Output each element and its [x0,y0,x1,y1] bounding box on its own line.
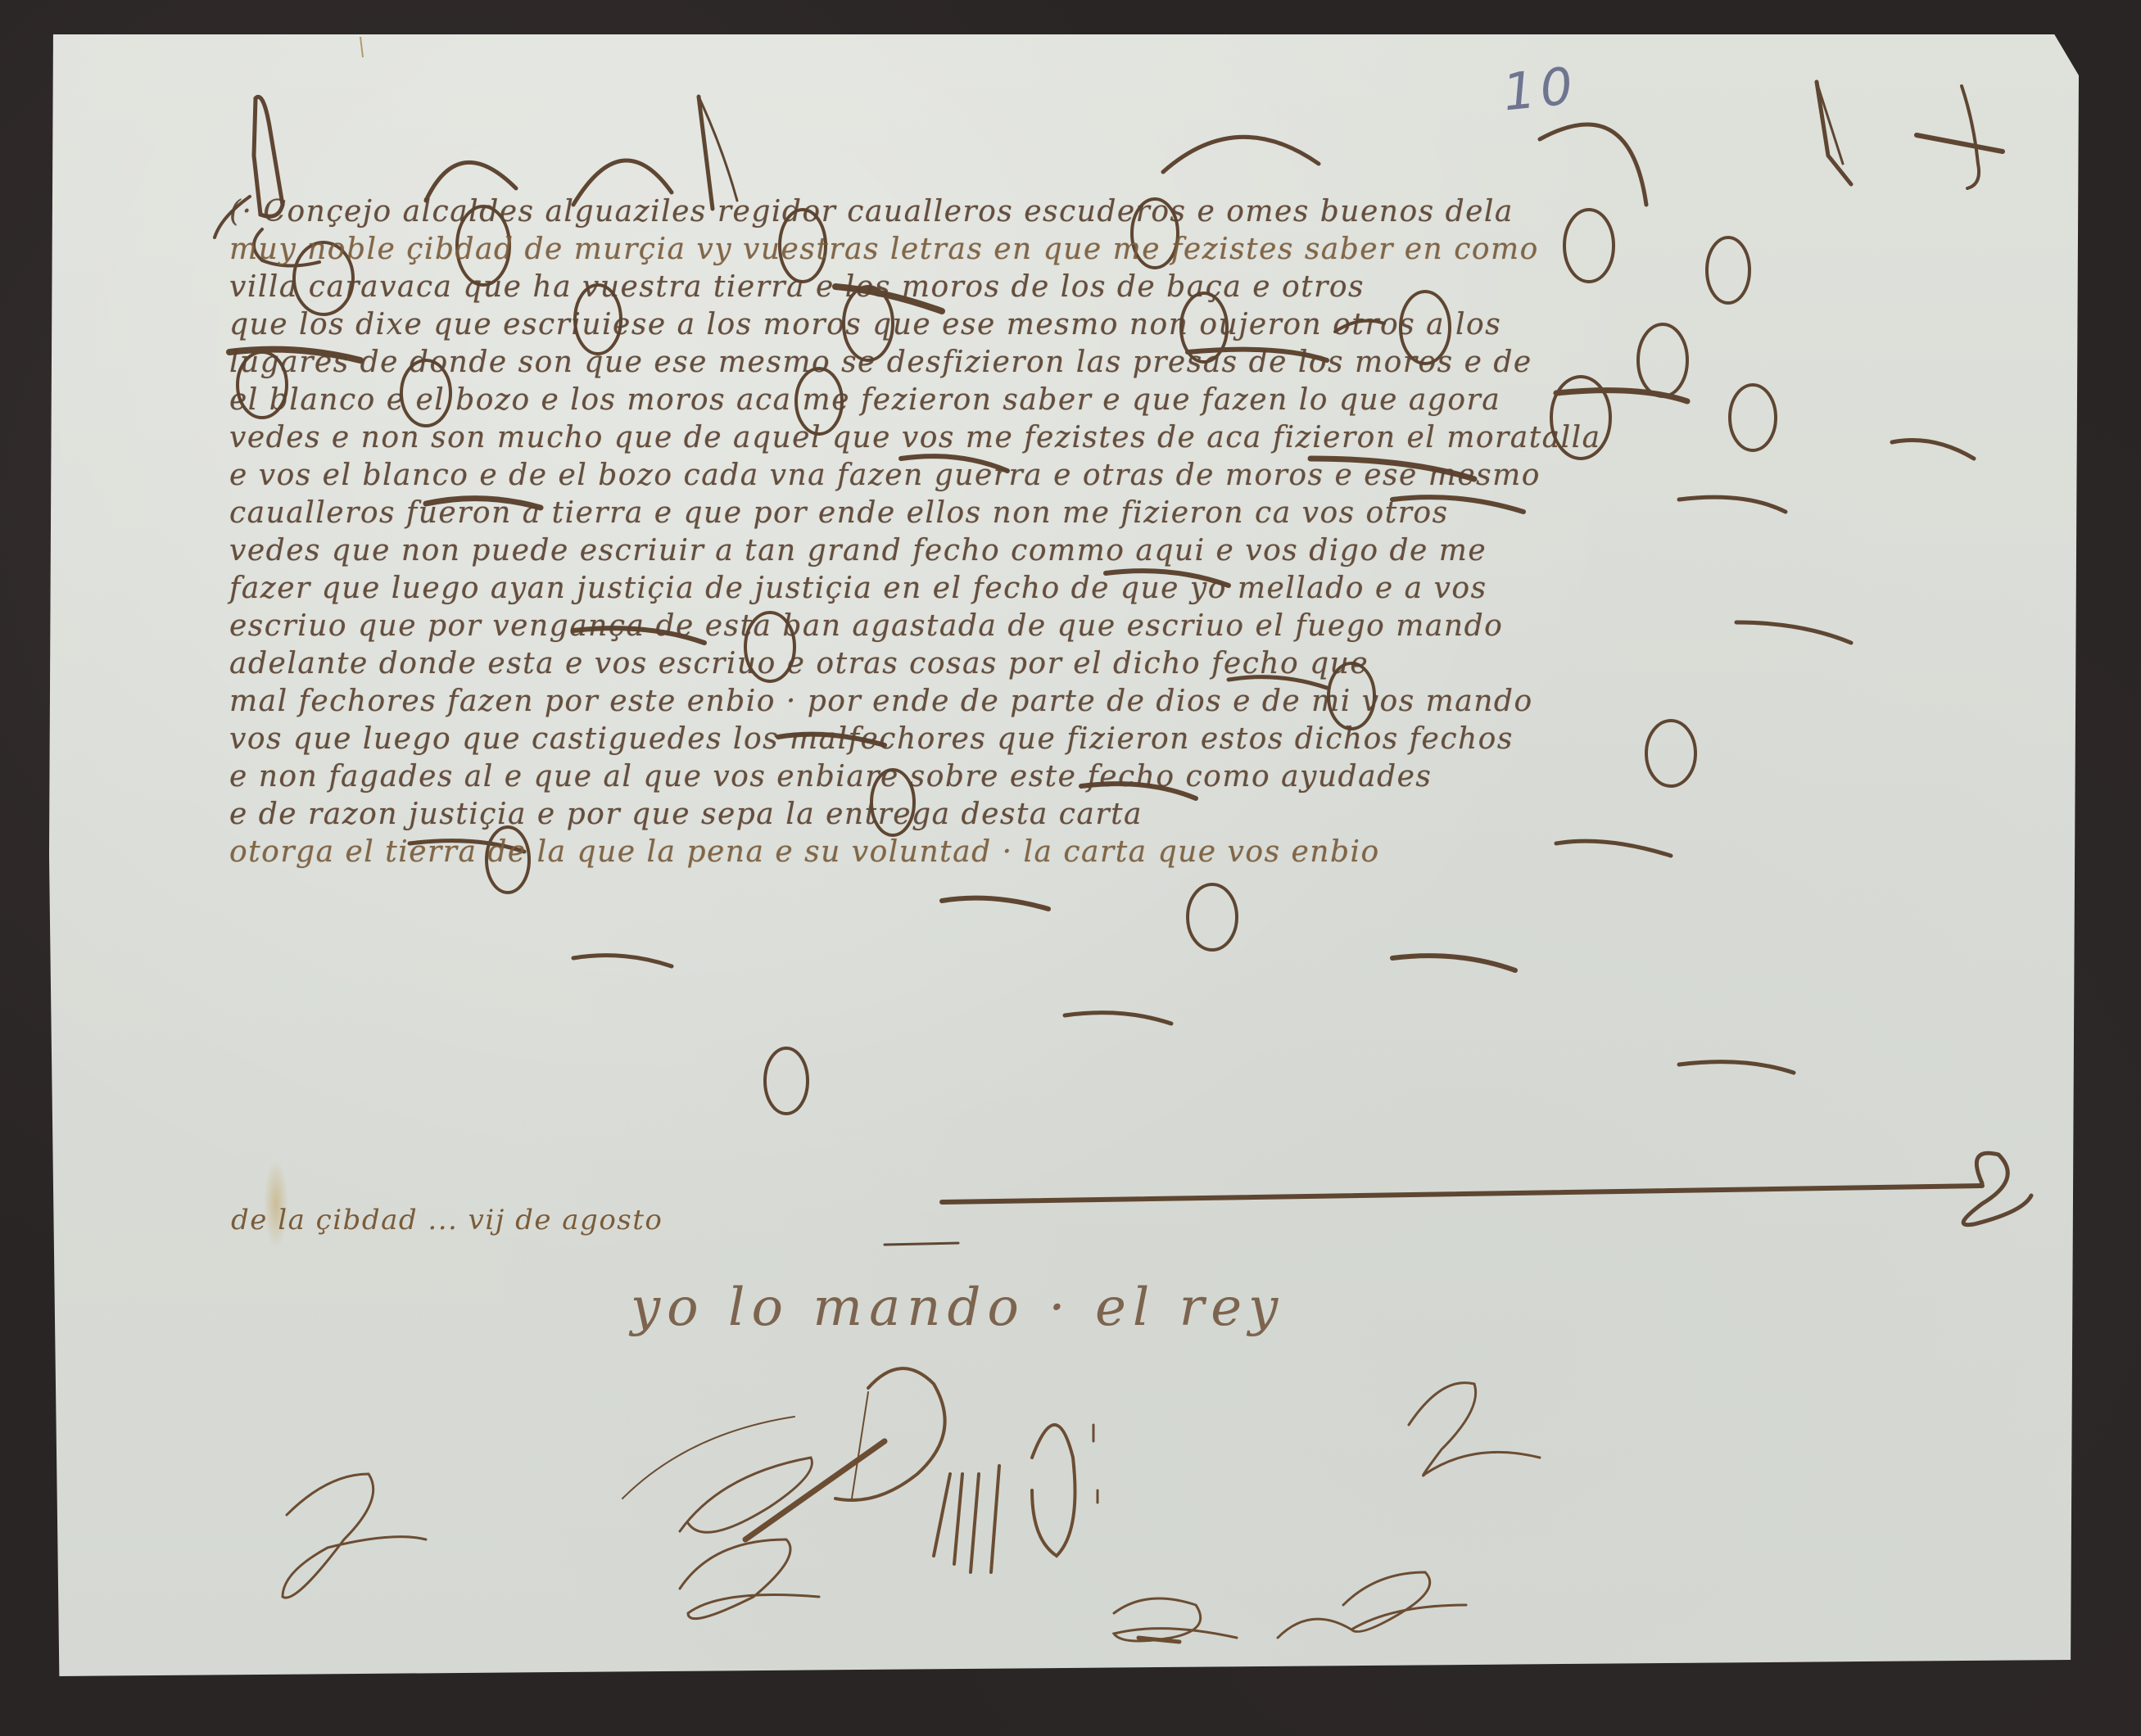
text-line: lugares de donde son que ese mesmo se de… [229,344,2031,382]
date-line: de la çibdad ... vij de agosto [231,1204,663,1236]
text-line: e de razon justiçia e por que sepa la en… [229,796,2031,834]
text-line: escriuo que por vengança de esta ban aga… [229,608,2031,645]
text-line: e vos el blanco e de el bozo cada vna fa… [229,457,2031,495]
text-line: (· Conçejo alcaldes alguaziles regidor c… [229,193,2031,231]
text-line: que los dixe que escriuiese a los moros … [229,306,2031,344]
text-line: vedes que non puede escriuir a tan grand… [229,532,2031,570]
text-line: vedes e non son mucho que de aquel que v… [229,419,2031,457]
text-line: mal fechores fazen por este enbio · por … [229,683,2031,721]
text-line: e non fagades al e que al que vos enbiar… [229,758,2031,796]
text-line: muy noble çibdad de murçia vy vuestras l… [229,231,2031,269]
text-line: caualleros fueron a tierra e que por end… [229,495,2031,532]
folio-number: 10 [1500,55,1580,122]
text-line: vos que luego que castiguedes los malfec… [229,721,2031,758]
letter-body: (· Conçejo alcaldes alguaziles regidor c… [229,193,2031,871]
royal-subscription: yo lo mando · el rey [631,1277,1284,1338]
text-line: el blanco e el bozo e los moros aca me f… [229,382,2031,419]
text-line: adelante donde esta e vos escriuo e otra… [229,645,2031,683]
text-line: villa caravaca que ha vuestra tierra e l… [229,269,2031,306]
text-line: fazer que luego ayan justiçia de justiçi… [229,570,2031,608]
text-line: otorga el tierra de la que la pena e su … [229,834,2031,871]
